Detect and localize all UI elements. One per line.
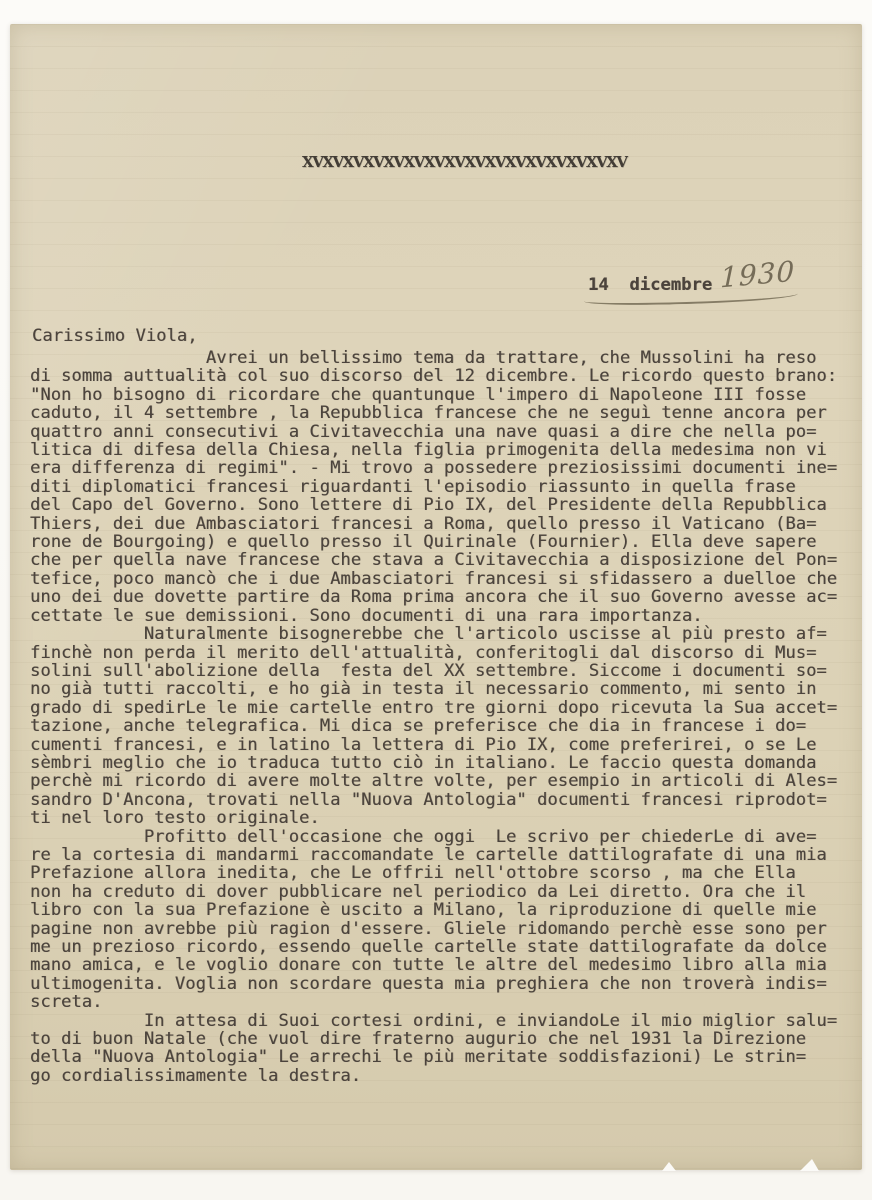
paper-tear-notch: [662, 1162, 676, 1171]
paper-tear-notch: [800, 1159, 819, 1171]
letter-sheet: XVXVXVXVXVXVXVXVXVXVXVXVXVXVXVXV 14 dice…: [10, 24, 862, 1170]
typewriter-ornament-divider: XVXVXVXVXVXVXVXVXVXVXVXVXVXVXVXV: [302, 153, 626, 171]
scanned-letter-background: XVXVXVXVXVXVXVXVXVXVXVXVXVXVXVXV 14 dice…: [0, 0, 872, 1200]
letter-body: Avrei un bellissimo tema da trattare, ch…: [30, 349, 837, 1085]
salutation: Carissimo Viola,: [32, 326, 198, 346]
